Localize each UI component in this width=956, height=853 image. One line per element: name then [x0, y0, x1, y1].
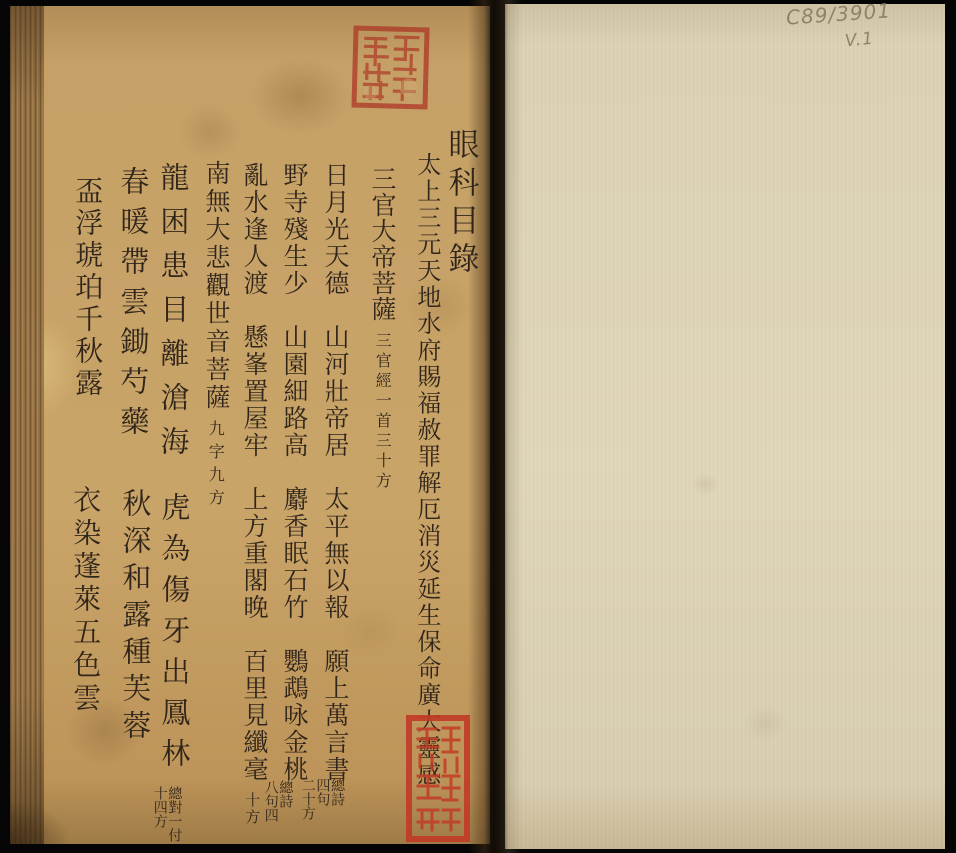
corner-wear: [10, 790, 80, 844]
note-shifang: 十方: [244, 792, 260, 826]
col-poem-line2: 野寺殘生少 山園細路高 麝香眠石竹 鸚鵡咏金桃: [281, 162, 308, 783]
col-couplet1-upper: 龍困患目離滄海: [157, 162, 188, 470]
col-taishang-invocation: 太上三元天地水府賜福赦罪解厄消災延生保命廣大靈感: [413, 152, 439, 788]
note-poem1-count: 總詩四句二十方: [300, 778, 344, 820]
note-poem1-count-part: 四句: [315, 778, 330, 820]
col-poem-line1: 日月光天德 山河壯帝居 太平無以報 願上萬言書: [322, 162, 349, 783]
col-couplet1-lower: 虎為傷牙出鳳林: [158, 492, 189, 779]
note-poem2-count: 總詩八句四: [263, 780, 292, 822]
col-couplet3-upper: 盃浮琥珀千秋露: [72, 176, 102, 400]
book-scan: 眼科目錄太上三元天地水府賜福赦罪解厄消災延生保命廣大靈感三官大帝菩薩三官經一首三…: [0, 0, 956, 853]
col-namo-guanyin: 南無大悲觀世音菩薩: [203, 160, 230, 412]
note-couplet-count: 總對一付十四方: [152, 786, 181, 842]
title-yanke-mulu: 眼科目錄: [443, 128, 476, 280]
col-couplet2-upper: 春暖帶雲鋤芍藥: [117, 166, 148, 446]
note-couplet-count-part: 十四方: [152, 786, 167, 842]
note-poem1-count-part: 總詩: [329, 778, 344, 820]
note-couplet-count-part: 總對一付: [167, 786, 182, 842]
note-poem2-count-part: 八句四: [263, 780, 278, 822]
book-fore-edge: [10, 6, 44, 844]
red-seal-bottom-icon: [405, 714, 471, 843]
note-poem1-count-part: 二十方: [300, 778, 315, 820]
col-sanguan-dadi: 三官大帝菩薩: [369, 166, 396, 322]
col-poem-line3: 亂水逢人渡 懸峯置屋牢 上方重閣晚 百里見纖毫: [241, 162, 268, 783]
note-jiuzi-jiufang: 九字九方: [207, 420, 224, 512]
note-sanguan-jing: 三官經一首三十方: [374, 332, 391, 492]
right-page: [505, 4, 945, 849]
red-seal-top-icon: [350, 24, 432, 112]
col-couplet3-lower: 衣染蓬萊五色雲: [70, 485, 100, 716]
note-poem2-count-part: 總詩: [278, 780, 293, 822]
col-couplet2-lower: 秋深和露種芙蓉: [119, 488, 150, 747]
volume-note: V.1: [844, 29, 875, 52]
